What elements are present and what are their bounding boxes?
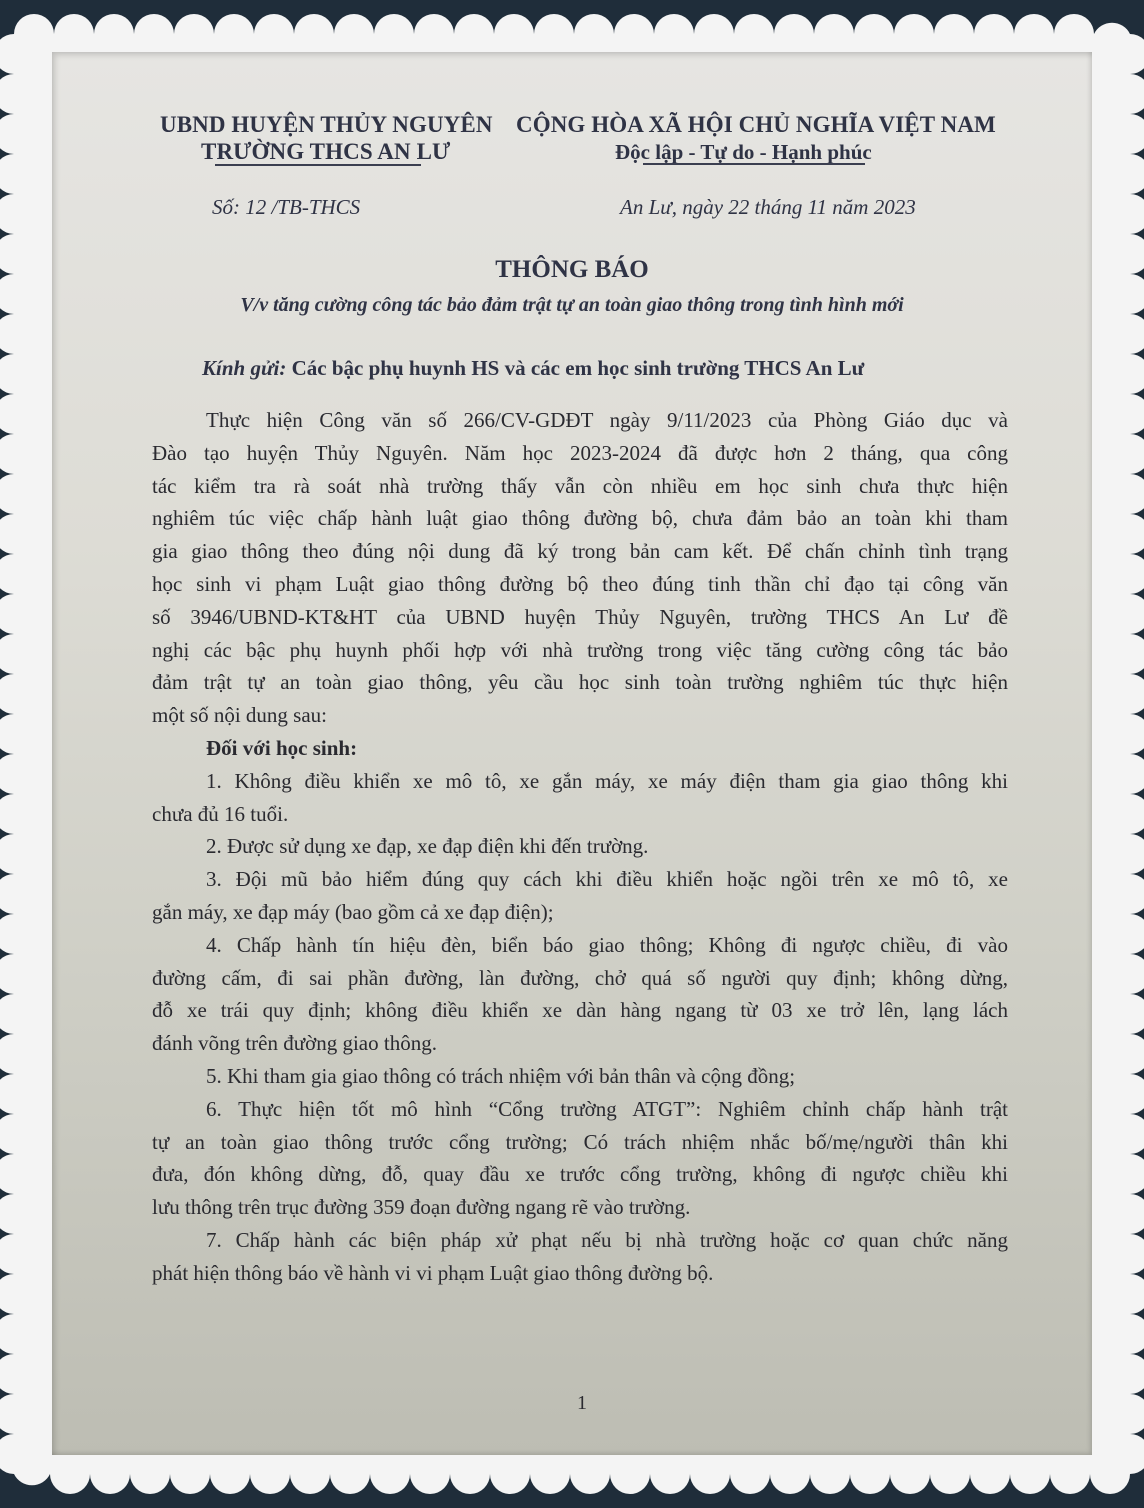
list-item-line: đỗ xe trái quy định; không điều khiển xe… bbox=[152, 994, 1008, 1027]
intro-line: nghiêm túc việc chấp hành luật giao thôn… bbox=[152, 502, 1008, 535]
document-page: UBND HUYỆN THỦY NGUYÊN TRƯỜNG THCS AN LƯ… bbox=[52, 52, 1092, 1455]
list-item: 6. Thực hiện tốt mô hình “Cổng trường AT… bbox=[152, 1093, 1008, 1224]
list-item-line: 4. Chấp hành tín hiệu đèn, biển báo giao… bbox=[152, 929, 1008, 962]
document-subject: V/v tăng cường công tác bảo đảm trật tự … bbox=[52, 294, 1092, 317]
list-item: 7. Chấp hành các biện pháp xử phạt nếu b… bbox=[152, 1224, 1008, 1290]
intro-line: đảm trật tự an toàn giao thông, yêu cầu … bbox=[152, 666, 1008, 699]
agency-name: UBND HUYỆN THỦY NGUYÊN bbox=[160, 112, 493, 138]
intro-line: tác kiểm tra rà soát nhà trường thấy vẫn… bbox=[152, 470, 1008, 503]
list-item-line: tự an toàn giao thông trước cổng trường;… bbox=[152, 1126, 1008, 1159]
place-and-date: An Lư, ngày 22 tháng 11 năm 2023 bbox=[620, 195, 916, 220]
list-item-line: 5. Khi tham gia giao thông có trách nhiệ… bbox=[152, 1060, 1008, 1093]
intro-line: một số nội dung sau: bbox=[152, 699, 1008, 732]
list-item-line: 2. Được sử dụng xe đạp, xe đạp điện khi … bbox=[152, 830, 1008, 863]
list-item-line: lưu thông trên trục đường 359 đoạn đường… bbox=[152, 1191, 1008, 1224]
document-title: THÔNG BÁO bbox=[52, 256, 1092, 284]
recipient-line: Kính gửi: Các bậc phụ huynh HS và các em… bbox=[202, 356, 864, 381]
list-item-line: 7. Chấp hành các biện pháp xử phạt nếu b… bbox=[152, 1224, 1008, 1257]
list-item-line: chưa đủ 16 tuổi. bbox=[152, 798, 1008, 831]
section-heading: Đối với học sinh: bbox=[152, 732, 1008, 765]
list-item: 3. Đội mũ bảo hiểm đúng quy cách khi điề… bbox=[152, 863, 1008, 929]
school-name-underline bbox=[215, 164, 421, 166]
list-item: 5. Khi tham gia giao thông có trách nhiệ… bbox=[152, 1060, 1008, 1093]
school-name: TRƯỜNG THCS AN LƯ bbox=[201, 139, 450, 165]
list-item-line: đánh võng trên đường giao thông. bbox=[152, 1027, 1008, 1060]
list-item-line: đưa, đón không dừng, đỗ, quay đầu xe trư… bbox=[152, 1158, 1008, 1191]
intro-line: học sinh vi phạm Luật giao thông đường b… bbox=[152, 568, 1008, 601]
list-item-line: gắn máy, xe đạp máy (bao gồm cả xe đạp đ… bbox=[152, 896, 1008, 929]
page-number: 1 bbox=[52, 1392, 1112, 1415]
intro-line: số 3946/UBND-KT&HT của UBND huyện Thủy N… bbox=[152, 601, 1008, 634]
list-item-line: 1. Không điều khiển xe mô tô, xe gắn máy… bbox=[152, 765, 1008, 798]
recipient-text: Các bậc phụ huynh HS và các em học sinh … bbox=[292, 356, 865, 380]
intro-line: gia giao thông theo đúng nội dung đã ký … bbox=[152, 535, 1008, 568]
list-item: 4. Chấp hành tín hiệu đèn, biển báo giao… bbox=[152, 929, 1008, 1060]
document-number: Số: 12 /TB-THCS bbox=[212, 195, 360, 220]
list-item-line: 6. Thực hiện tốt mô hình “Cổng trường AT… bbox=[152, 1093, 1008, 1126]
intro-line: Thực hiện Công văn số 266/CV-GDĐT ngày 9… bbox=[152, 404, 1008, 437]
document-body: Thực hiện Công văn số 266/CV-GDĐT ngày 9… bbox=[152, 404, 1008, 1290]
intro-paragraph: Thực hiện Công văn số 266/CV-GDĐT ngày 9… bbox=[152, 404, 1008, 732]
requirements-list: 1. Không điều khiển xe mô tô, xe gắn máy… bbox=[152, 765, 1008, 1290]
list-item-line: phát hiện thông báo về hành vi vi phạm L… bbox=[152, 1257, 1008, 1290]
national-motto-underline bbox=[643, 163, 865, 165]
national-motto: Độc lập - Tự do - Hạnh phúc bbox=[615, 140, 872, 165]
list-item-line: đường cấm, đi sai phần đường, làn đường,… bbox=[152, 962, 1008, 995]
intro-line: nghị các bậc phụ huynh phối hợp với nhà … bbox=[152, 634, 1008, 667]
recipient-label: Kính gửi: bbox=[202, 356, 286, 380]
list-item: 1. Không điều khiển xe mô tô, xe gắn máy… bbox=[152, 765, 1008, 831]
intro-line: Đào tạo huyện Thủy Nguyên. Năm học 2023-… bbox=[152, 437, 1008, 470]
national-title: CỘNG HÒA XÃ HỘI CHỦ NGHĨA VIỆT NAM bbox=[516, 112, 996, 138]
list-item: 2. Được sử dụng xe đạp, xe đạp điện khi … bbox=[152, 830, 1008, 863]
list-item-line: 3. Đội mũ bảo hiểm đúng quy cách khi điề… bbox=[152, 863, 1008, 896]
